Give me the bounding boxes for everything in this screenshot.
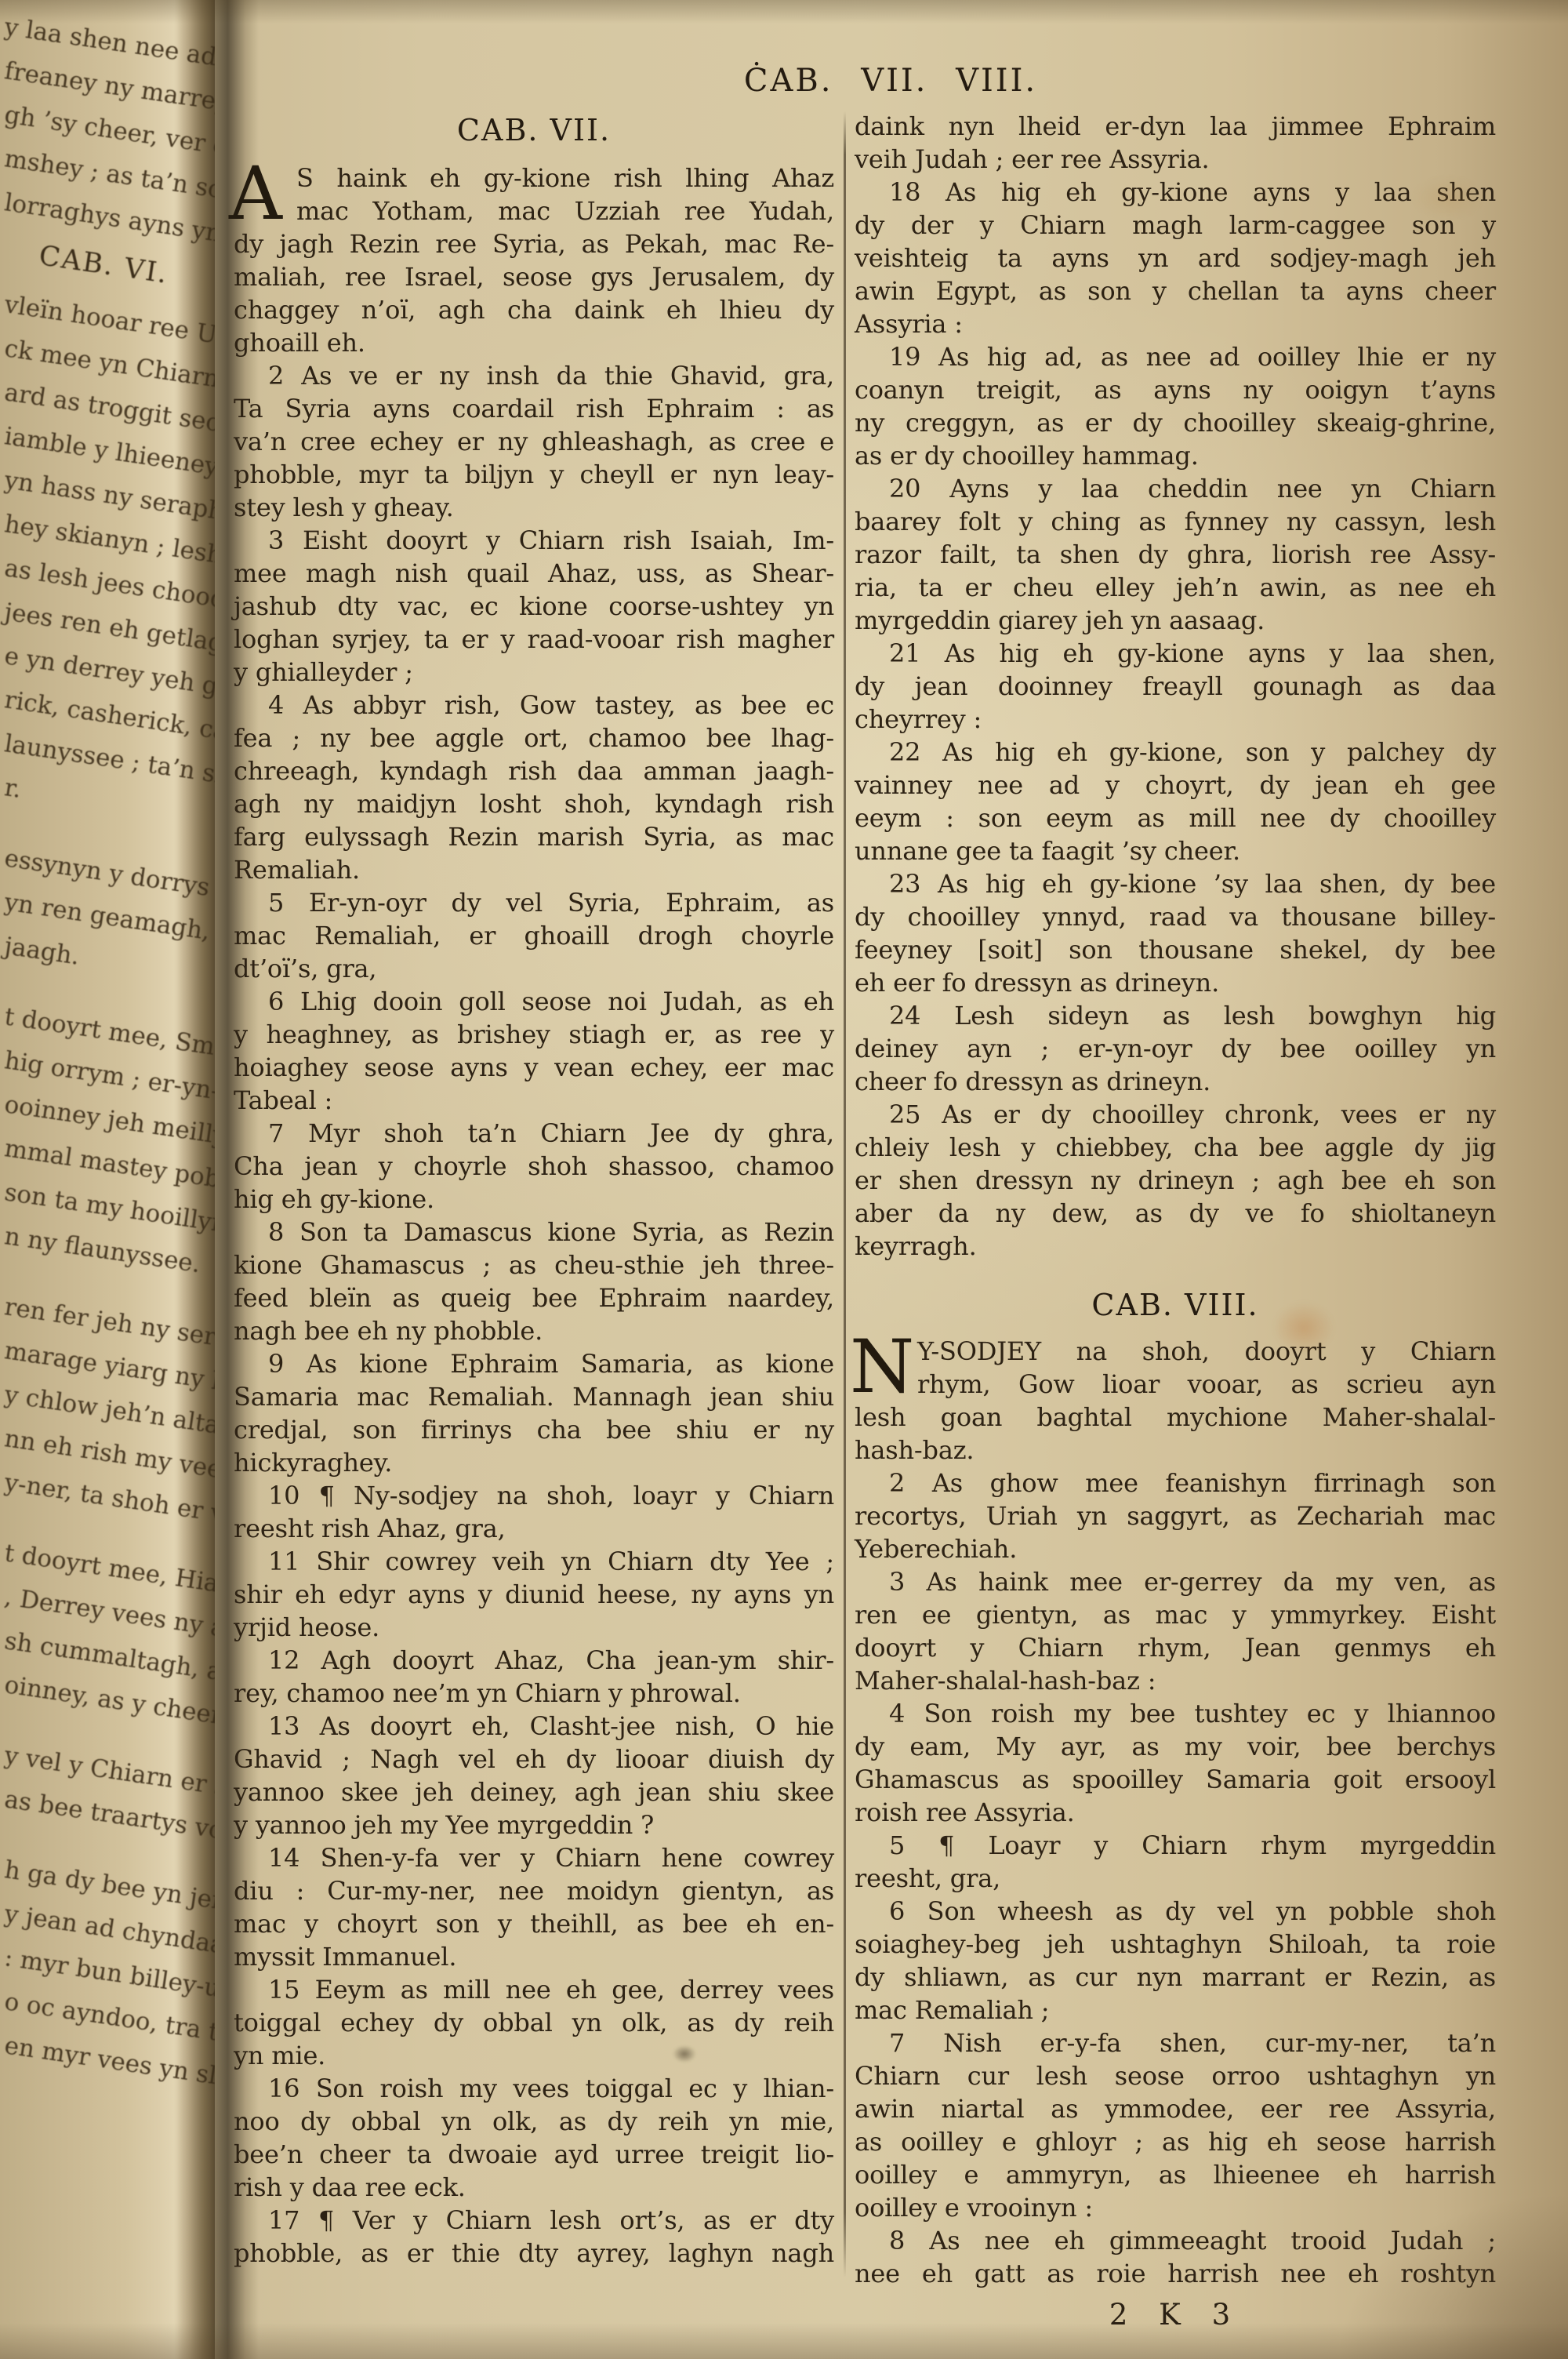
chapter-8-heading: CAB. VIII. xyxy=(855,1286,1496,1324)
verse-5: 5 ¶ Loayr y Chiarn rhym myrgeddinreesht,… xyxy=(855,1829,1496,1895)
printer-signature-mark: 2 K 3 xyxy=(855,2298,1496,2332)
printed-line: 7 Myr shoh ta’n Chiarn Jee dy ghra, xyxy=(234,1117,834,1150)
printed-line: dy eam, My ayr, as my voir, bee berchys xyxy=(855,1730,1496,1763)
printed-line: mee magh nish quail Ahaz, uss, as Shear- xyxy=(234,557,834,590)
printed-line: aber da ny dew, as dy ve fo shioltaneyn xyxy=(855,1197,1496,1230)
printed-line: nagh bee eh ny phobble. xyxy=(234,1314,834,1347)
printed-line: 2 As ve er ny insh da thie Ghavid, gra, xyxy=(234,359,834,392)
left-column: CAB. VII. AS haink eh gy-kione rish lhin… xyxy=(234,110,834,2332)
verse-4: 4 Son roish my bee tushtey ec y lhiannoo… xyxy=(855,1697,1496,1829)
printed-line: myssit Immanuel. xyxy=(234,1940,834,1973)
printed-line: 4 Son roish my bee tushtey ec y lhiannoo xyxy=(855,1697,1496,1730)
printed-line: rey, chamoo nee’m yn Chiarn y phrowal. xyxy=(234,1677,834,1710)
printed-line: 24 Lesh sideyn as lesh bowghyn hig xyxy=(855,999,1496,1032)
book-page-scan: y laa shen nee ad bufreaney ny marrey ; … xyxy=(0,0,1568,2359)
printed-line: noo dy obbal yn olk, as dy reih yn mie, xyxy=(234,2105,834,2138)
printed-line: feed bleïn as queig bee Ephraim naardey, xyxy=(234,1281,834,1314)
printed-line: toiggal echey dy obbal yn olk, as dy rei… xyxy=(234,2006,834,2039)
printed-line: rhym, Gow lioar vooar, as scrieu ayn xyxy=(917,1368,1496,1401)
printed-line: Ghavid ; Nagh vel eh dy liooar diuish dy xyxy=(234,1743,834,1776)
printed-line: veih Judah ; eer ree Assyria. xyxy=(855,143,1496,176)
verse-4: 4 As abbyr rish, Gow tastey, as bee ecfe… xyxy=(234,689,834,886)
verse-15: 15 Eeym as mill nee eh gee, derrey veest… xyxy=(234,1973,834,2072)
verse-18: 18 As hig eh gy-kione ayns y laa shendy … xyxy=(855,176,1496,340)
printed-line: 22 As hig eh gy-kione, son y palchey dy xyxy=(855,736,1496,769)
drop-cap-letter: N xyxy=(850,1336,914,1399)
verse-17: 17 ¶ Ver y Chiarn lesh ort’s, as er dtyp… xyxy=(234,2204,834,2270)
printed-line: yannoo skee jeh deiney, agh jean shiu sk… xyxy=(234,1776,834,1808)
printed-line: soiaghey-beg jeh ushtaghyn Shiloah, ta r… xyxy=(855,1928,1496,1961)
previous-page-edge: y laa shen nee ad bufreaney ny marrey ; … xyxy=(0,0,215,2359)
printed-line: 5 ¶ Loayr y Chiarn rhym myrgeddin xyxy=(855,1829,1496,1862)
verse-8: 8 Son ta Damascus kione Syria, as Rezink… xyxy=(234,1216,834,1347)
printed-line: cheyrrey : xyxy=(855,703,1496,736)
printed-line: cheer fo dressyn as drineyn. xyxy=(855,1065,1496,1098)
printed-line: awin niartal as ymmodee, eer ree Assyria… xyxy=(855,2092,1496,2125)
printed-line: 8 As nee eh gimmeeaght trooid Judah ; xyxy=(855,2224,1496,2257)
printed-line: deiney ayn ; er-yn-oyr dy bee ooilley yn xyxy=(855,1032,1496,1065)
verse-10: 10 ¶ Ny-sodjey na shoh, loayr y Chiarnre… xyxy=(234,1479,834,1545)
verse-20: 20 Ayns y laa cheddin nee yn Chiarnbaare… xyxy=(855,472,1496,637)
printed-line: 2 As ghow mee feanishyn firrinagh son xyxy=(855,1467,1496,1499)
verse-6: 6 Lhig dooin goll seose noi Judah, as eh… xyxy=(234,985,834,1117)
printed-line: 3 Eisht dooyrt y Chiarn rish Isaiah, Im- xyxy=(234,524,834,557)
printed-line: y heaghney, as brishey stiagh er, as ree… xyxy=(234,1018,834,1051)
printed-line: mac y choyrt son y theihll, as bee eh en… xyxy=(234,1907,834,1940)
verse-dropcap: AS haink eh gy-kione rish lhing Ahazmac … xyxy=(234,162,834,359)
printed-line: ria, ta er cheu elley jeh’n awin, as nee… xyxy=(855,571,1496,604)
printed-line: chreeagh, kyndagh rish daa amman jaagh- xyxy=(234,754,834,787)
printed-line: kione Ghamascus ; as cheu-sthie jeh thre… xyxy=(234,1249,834,1281)
running-header: ĊAB. VII. VIII. xyxy=(213,63,1568,99)
printed-line: daink nyn lheid er-dyn laa jimmee Ephrai… xyxy=(855,110,1496,143)
verse-16: 16 Son roish my vees toiggal ec y lhian-… xyxy=(234,2072,834,2204)
printed-line: 6 Lhig dooin goll seose noi Judah, as eh xyxy=(234,985,834,1018)
printed-line: vainney nee ad y choyrt, dy jean eh gee xyxy=(855,769,1496,801)
printed-line: Assyria : xyxy=(855,307,1496,340)
printed-line: ny creggyn, as er dy chooilley skeaig-gh… xyxy=(855,406,1496,439)
printed-line: credjal, son firrinys cha bee shiu er ny xyxy=(234,1413,834,1446)
printed-line: Tabeal : xyxy=(234,1084,834,1117)
printed-line: hoiaghey seose ayns y vean echey, eer ma… xyxy=(234,1051,834,1084)
printed-line: 20 Ayns y laa cheddin nee yn Chiarn xyxy=(855,472,1496,505)
column-divider-rule xyxy=(844,111,846,2277)
printed-line: jashub dty vac, ec kione coorse-ushtey y… xyxy=(234,590,834,623)
printed-line: as ooilley e ghloyr ; as hig eh seose ha… xyxy=(855,2125,1496,2158)
printed-line: 16 Son roish my vees toiggal ec y lhian- xyxy=(234,2072,834,2105)
printed-line: 10 ¶ Ny-sodjey na shoh, loayr y Chiarn xyxy=(234,1479,834,1512)
verse-dropcap: NY-SODJEY na shoh, dooyrt y Chiarnrhym, … xyxy=(855,1335,1496,1467)
printed-line: 4 As abbyr rish, Gow tastey, as bee ec xyxy=(234,689,834,722)
verse-25: 25 As er dy chooilley chronk, vees er ny… xyxy=(855,1098,1496,1263)
printed-line: 5 Er-yn-oyr dy vel Syria, Ephraim, as xyxy=(234,886,834,919)
printed-line: hig eh gy-kione. xyxy=(234,1183,834,1216)
printed-line: nee eh gatt as roie harrish nee eh rosht… xyxy=(855,2257,1496,2290)
printed-line: 18 As hig eh gy-kione ayns y laa shen xyxy=(855,176,1496,209)
printed-line: Remaliah. xyxy=(234,853,834,886)
printed-line: dy chooilley ynnyd, raad va thousane bil… xyxy=(855,900,1496,933)
printed-line: Maher-shalal-hash-baz : xyxy=(855,1664,1496,1697)
printed-line: 23 As hig eh gy-kione ’sy laa shen, dy b… xyxy=(855,867,1496,900)
printed-line: stey lesh y gheay. xyxy=(234,491,834,524)
printed-line: yrjid heose. xyxy=(234,1611,834,1644)
printed-line: bee’n cheer ta dwoaie ayd urree treigit … xyxy=(234,2138,834,2171)
printed-line: mac Remaliah, er ghoaill drogh choyrle xyxy=(234,919,834,952)
printed-line: 13 As dooyrt eh, Clasht-jee nish, O hie xyxy=(234,1710,834,1743)
verse-23: 23 As hig eh gy-kione ’sy laa shen, dy b… xyxy=(855,867,1496,999)
printed-line: dooyrt y Chiarn rhym, Jean genmys eh xyxy=(855,1631,1496,1664)
verse-continuation: daink nyn lheid er-dyn laa jimmee Ephrai… xyxy=(855,110,1496,176)
printed-line: agh ny maidjyn losht shoh, kyndagh rish xyxy=(234,787,834,820)
verse-6: 6 Son wheesh as dy vel yn pobble shohsoi… xyxy=(855,1895,1496,2026)
printed-line: phobble, myr ta biljyn y cheyll er nyn l… xyxy=(234,458,834,491)
verse-3: 3 As haink mee er-gerrey da my ven, asre… xyxy=(855,1565,1496,1697)
printed-line: 25 As er dy chooilley chronk, vees er ny xyxy=(855,1098,1496,1131)
printed-line: feeyney [soit] son thousane shekel, dy b… xyxy=(855,933,1496,966)
printed-line: chaggey n’oï, agh cha daink eh lhieu dy xyxy=(234,293,834,326)
verse-21: 21 As hig eh gy-kione ayns y laa shen,dy… xyxy=(855,637,1496,736)
printed-line: 7 Nish er-y-fa shen, cur-my-ner, ta’n xyxy=(855,2026,1496,2059)
verse-5: 5 Er-yn-oyr dy vel Syria, Ephraim, asmac… xyxy=(234,886,834,985)
printed-line: 19 As hig ad, as nee ad ooilley lhie er … xyxy=(855,340,1496,373)
printed-line: 21 As hig eh gy-kione ayns y laa shen, xyxy=(855,637,1496,670)
printed-line: roish ree Assyria. xyxy=(855,1796,1496,1829)
printed-line: dy jean dooinney freayll gounagh as daa xyxy=(855,670,1496,703)
chapter-7-verses: AS haink eh gy-kione rish lhing Ahazmac … xyxy=(234,162,834,2270)
printed-line: baarey folt y ching as fynney ny cassyn,… xyxy=(855,505,1496,538)
verse-22: 22 As hig eh gy-kione, son y palchey dyv… xyxy=(855,736,1496,867)
printed-line: S haink eh gy-kione rish lhing Ahaz xyxy=(296,162,834,194)
printed-line: reesht, gra, xyxy=(855,1862,1496,1895)
drop-cap-letter: A xyxy=(229,163,282,226)
chapter-7-heading: CAB. VII. xyxy=(234,111,834,149)
printed-line: dy jagh Rezin ree Syria, as Pekah, mac R… xyxy=(234,227,834,260)
chapter-8-verses: NY-SODJEY na shoh, dooyrt y Chiarnrhym, … xyxy=(855,1335,1496,2290)
printed-line: recortys, Uriah yn saggyrt, as Zechariah… xyxy=(855,1499,1496,1532)
verse-8: 8 As nee eh gimmeeaght trooid Judah ;nee… xyxy=(855,2224,1496,2290)
printed-line: 8 Son ta Damascus kione Syria, as Rezin xyxy=(234,1216,834,1249)
printed-line: y ghialleyder ; xyxy=(234,656,834,689)
printed-line: Samaria mac Remaliah. Mannagh jean shiu xyxy=(234,1380,834,1413)
printed-line: ooilley e ammyryn, as lhieenee eh harris… xyxy=(855,2158,1496,2191)
verse-9: 9 As kione Ephraim Samaria, as kioneSama… xyxy=(234,1347,834,1479)
printed-line: 6 Son wheesh as dy vel yn pobble shoh xyxy=(855,1895,1496,1928)
printed-line: farg eulyssagh Rezin marish Syria, as ma… xyxy=(234,820,834,853)
printed-line: ren ee gientyn, as mac y ymmyrkey. Eisht xyxy=(855,1598,1496,1631)
printed-line: ooilley e vrooinyn : xyxy=(855,2191,1496,2224)
printed-line: fea ; ny bee aggle ort, chamoo bee lhag- xyxy=(234,722,834,754)
verse-12: 12 Agh dooyrt Ahaz, Cha jean-ym shir-rey… xyxy=(234,1644,834,1710)
verse-7: 7 Nish er-y-fa shen, cur-my-ner, ta’nChi… xyxy=(855,2026,1496,2224)
printed-line: loghan syrjey, ta er y raad-vooar rish m… xyxy=(234,623,834,656)
printed-line: yn mie. xyxy=(234,2039,834,2072)
verse-19: 19 As hig ad, as nee ad ooilley lhie er … xyxy=(855,340,1496,472)
printed-line: eeym : son eeym as mill nee dy chooilley xyxy=(855,801,1496,834)
printed-line: diu : Cur-my-ner, nee moidyn gientyn, as xyxy=(234,1874,834,1907)
printed-line: as er dy chooilley hammag. xyxy=(855,439,1496,472)
printed-line: 9 As kione Ephraim Samaria, as kione xyxy=(234,1347,834,1380)
verse-11: 11 Shir cowrey veih yn Chiarn dty Yee ;s… xyxy=(234,1545,834,1644)
printed-line: phobble, as er thie dty ayrey, laghyn na… xyxy=(234,2237,834,2270)
verse-13: 13 As dooyrt eh, Clasht-jee nish, O hieG… xyxy=(234,1710,834,1841)
printed-line: mac Yotham, mac Uzziah ree Yudah, xyxy=(296,194,834,227)
printed-line: Cha jean y choyrle shoh shassoo, chamoo xyxy=(234,1150,834,1183)
printed-line: maliah, ree Israel, seose gys Jerusalem,… xyxy=(234,260,834,293)
printed-line: mac Remaliah ; xyxy=(855,1994,1496,2026)
printed-line: reesht rish Ahaz, gra, xyxy=(234,1512,834,1545)
printed-line: Yeberechiah. xyxy=(855,1532,1496,1565)
printed-line: ghoaill eh. xyxy=(234,326,834,359)
printed-line: 17 ¶ Ver y Chiarn lesh ort’s, as er dty xyxy=(234,2204,834,2237)
printed-line: dy shliawn, as cur nyn marrant er Rezin,… xyxy=(855,1961,1496,1994)
printed-line: y yannoo jeh my Yee myrgeddin ? xyxy=(234,1808,834,1841)
text-columns: CAB. VII. AS haink eh gy-kione rish lhin… xyxy=(234,110,1496,2332)
printed-line: rish y daa ree eck. xyxy=(234,2171,834,2204)
verse-14: 14 Shen-y-fa ver y Chiarn hene cowreydiu… xyxy=(234,1841,834,1973)
printed-line: coanyn treigit, as ayns ny ooigyn t’ayns xyxy=(855,373,1496,406)
printed-line: razor failt, ta shen dy ghra, liorish re… xyxy=(855,538,1496,571)
printed-line: 3 As haink mee er-gerrey da my ven, as xyxy=(855,1565,1496,1598)
printed-line: Ghamascus as spooilley Samaria goit erso… xyxy=(855,1763,1496,1796)
main-page: ĊAB. VII. VIII. CAB. VII. AS haink eh gy… xyxy=(213,0,1568,2359)
previous-page-text-fragments: y laa shen nee ad bufreaney ny marrey ; … xyxy=(0,5,215,2067)
printed-line: lesh goan baghtal mychione Maher-shalal- xyxy=(855,1401,1496,1434)
printed-line: dt’oï’s, gra, xyxy=(234,952,834,985)
printed-line: hash-baz. xyxy=(855,1434,1496,1467)
printed-line: Y-SODJEY na shoh, dooyrt y Chiarn xyxy=(917,1335,1496,1368)
printed-line: shir eh edyr ayns y diunid heese, ny ayn… xyxy=(234,1578,834,1611)
printed-line: keyrragh. xyxy=(855,1230,1496,1263)
printed-line: hickyraghey. xyxy=(234,1446,834,1479)
printed-line: eh eer fo dressyn as drineyn. xyxy=(855,966,1496,999)
right-column: daink nyn lheid er-dyn laa jimmee Ephrai… xyxy=(855,110,1496,2332)
printed-line: Ta Syria ayns coardail rish Ephraim : as xyxy=(234,392,834,425)
printed-line: Chiarn cur lesh seose orroo ushtaghyn yn xyxy=(855,2059,1496,2092)
verse-7: 7 Myr shoh ta’n Chiarn Jee dy ghra,Cha j… xyxy=(234,1117,834,1216)
printed-line: awin Egypt, as son y chellan ta ayns che… xyxy=(855,274,1496,307)
printed-line: va’n cree echey er ny ghleashagh, as cre… xyxy=(234,425,834,458)
printed-line: 14 Shen-y-fa ver y Chiarn hene cowrey xyxy=(234,1841,834,1874)
printed-line: 15 Eeym as mill nee eh gee, derrey vees xyxy=(234,1973,834,2006)
verse-3: 3 Eisht dooyrt y Chiarn rish Isaiah, Im-… xyxy=(234,524,834,689)
chapter-7-continued-verses: daink nyn lheid er-dyn laa jimmee Ephrai… xyxy=(855,110,1496,1263)
printed-line: myrgeddin giarey jeh yn aasaag. xyxy=(855,604,1496,637)
printed-line: 11 Shir cowrey veih yn Chiarn dty Yee ; xyxy=(234,1545,834,1578)
printed-line: er shen dressyn ny drineyn ; agh bee eh … xyxy=(855,1164,1496,1197)
printed-line: dy der y Chiarn magh larm-caggee son y xyxy=(855,209,1496,242)
printed-line: veishteig ta ayns yn ard sodjey-magh jeh xyxy=(855,242,1496,274)
verse-24: 24 Lesh sideyn as lesh bowghyn higdeiney… xyxy=(855,999,1496,1098)
printed-line: chleiy lesh y chiebbey, cha bee aggle dy… xyxy=(855,1131,1496,1164)
verse-2: 2 As ghow mee feanishyn firrinagh sonrec… xyxy=(855,1467,1496,1565)
printed-line: unnane gee ta faagit ’sy cheer. xyxy=(855,834,1496,867)
verse-2: 2 As ve er ny insh da thie Ghavid, gra,T… xyxy=(234,359,834,524)
printed-line: 12 Agh dooyrt Ahaz, Cha jean-ym shir- xyxy=(234,1644,834,1677)
